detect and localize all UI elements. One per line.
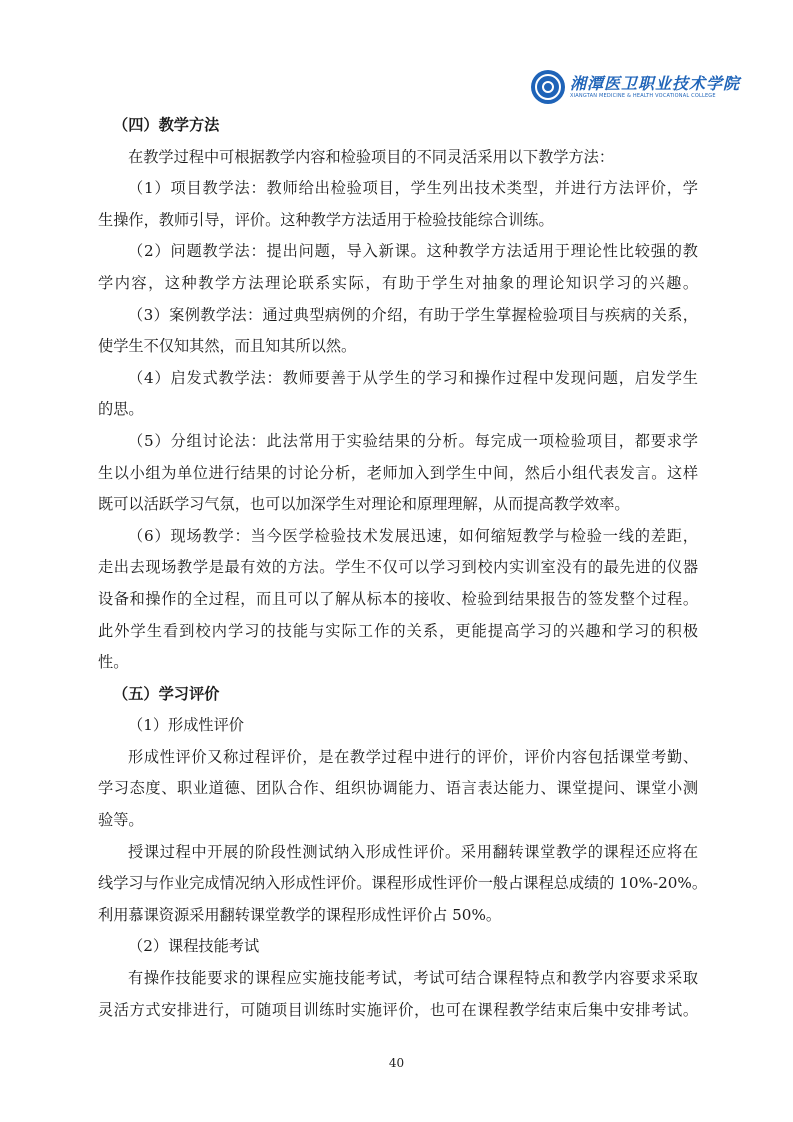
logo-english-name: XIANGTAN MEDICINE & HEALTH VOCATIONAL CO…	[570, 93, 740, 100]
college-logo: 湘潭医卫职业技术学院 XIANGTAN MEDICINE & HEALTH VO…	[531, 70, 740, 104]
paragraph-line: 学习态度、职业道德、团队合作、组织协调能力、语言表达能力、课堂提问、课堂小测	[98, 773, 698, 805]
paragraph-line: 设备和操作的全过程，而且可以了解从标本的接收、检验到结果报告的签发整个过程。	[98, 584, 698, 616]
paragraph-line: 灵活方式安排进行，可随项目训练时实施评价，也可在课程教学结束后集中安排考试。	[98, 995, 698, 1027]
paragraph-line: （5）分组讨论法：此法常用于实验结果的分析。每完成一项检验项目，都要求学	[98, 426, 698, 458]
page-number: 40	[0, 1056, 793, 1070]
paragraph-line: 此外学生看到校内学习的技能与实际工作的关系，更能提高学习的兴趣和学习的积极	[98, 616, 698, 648]
college-emblem-icon	[531, 70, 565, 104]
paragraph-line: 有操作技能要求的课程应实施技能考试，考试可结合课程特点和教学内容要求采取	[98, 963, 698, 995]
section-heading-evaluation: （五）学习评价	[98, 679, 698, 711]
paragraph-line: （6）现场教学：当今医学检验技术发展迅速，如何缩短教学与检验一线的差距，	[98, 521, 698, 553]
paragraph-line: 性。	[98, 647, 698, 679]
subheading-formative: （1）形成性评价	[98, 710, 698, 742]
paragraph-line: 利用慕课资源采用翻转课堂教学的课程形成性评价占 50%。	[98, 900, 698, 932]
paragraph-line: （4）启发式教学法：教师要善于从学生的学习和操作过程中发现问题，启发学生	[98, 363, 698, 395]
paragraph-line: （1）项目教学法：教师给出检验项目，学生列出技术类型，并进行方法评价，学	[98, 173, 698, 205]
paragraph-line: 学内容，这种教学方法理论联系实际，有助于学生对抽象的理论知识学习的兴趣。	[98, 268, 698, 300]
subheading-skill-exam: （2）课程技能考试	[98, 931, 698, 963]
paragraph-intro: 在教学过程中可根据教学内容和检验项目的不同灵活采用以下教学方法：	[98, 142, 698, 174]
paragraph-line: 生以小组为单位进行结果的讨论分析，老师加入到学生中间，然后小组代表发言。这样	[98, 458, 698, 490]
paragraph-line: 授课过程中开展的阶段性测试纳入形成性评价。采用翻转课堂教学的课程还应将在	[98, 837, 698, 869]
paragraph-line: 的思。	[98, 394, 698, 426]
paragraph-line: 生操作，教师引导，评价。这种教学方法适用于检验技能综合训练。	[98, 205, 698, 237]
section-heading-teaching-methods: （四）教学方法	[98, 110, 698, 142]
paragraph-line: 走出去现场教学是最有效的方法。学生不仅可以学习到校内实训室没有的最先进的仪器	[98, 552, 698, 584]
logo-chinese-name: 湘潭医卫职业技术学院	[570, 75, 740, 93]
paragraph-line: 既可以活跃学习气氛，也可以加深学生对理论和原理理解，从而提高教学效率。	[98, 489, 698, 521]
paragraph-line: 形成性评价又称过程评价，是在教学过程中进行的评价，评价内容包括课堂考勤、	[98, 742, 698, 774]
paragraph-line: （3）案例教学法：通过典型病例的介绍，有助于学生掌握检验项目与疾病的关系，	[98, 300, 698, 332]
paragraph-line: （2）问题教学法：提出问题，导入新课。这种教学方法适用于理论性比较强的教	[98, 236, 698, 268]
document-body: （四）教学方法 在教学过程中可根据教学内容和检验项目的不同灵活采用以下教学方法：…	[98, 110, 698, 1026]
paragraph-line: 线学习与作业完成情况纳入形成性评价。课程形成性评价一般占课程总成绩的 10%-2…	[98, 868, 698, 900]
paragraph-line: 验等。	[98, 805, 698, 837]
paragraph-line: 使学生不仅知其然，而且知其所以然。	[98, 331, 698, 363]
